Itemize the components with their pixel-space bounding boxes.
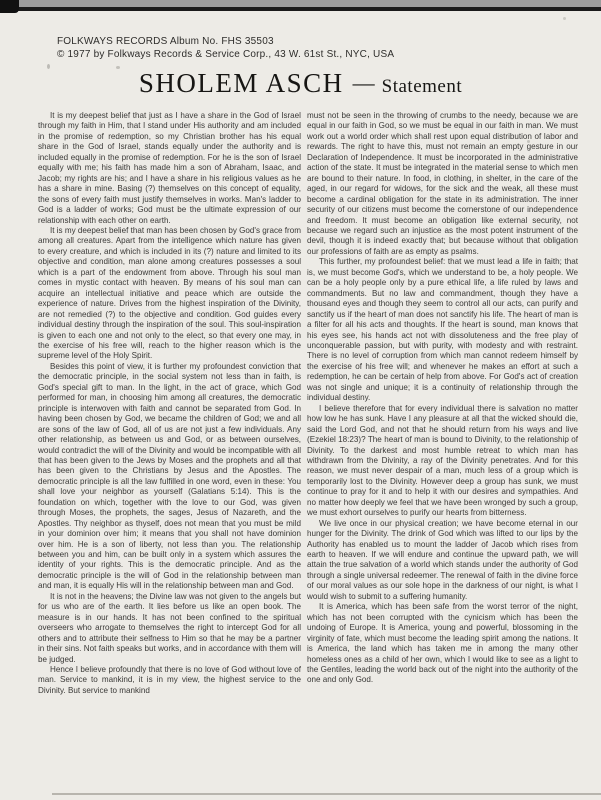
copyright-line: © 1977 by Folkways Records & Service Cor… xyxy=(57,48,394,61)
scan-corner-mark xyxy=(0,0,19,13)
page-title: SHOLEM ASCH—Statement xyxy=(0,68,601,99)
paragraph: It is not in the heavens; the Divine law… xyxy=(38,592,301,665)
paragraph: It is America, which has been safe from … xyxy=(307,602,578,686)
scan-bottom-edge-line xyxy=(52,793,601,795)
paragraph: We live once in our physical creation; w… xyxy=(307,519,578,603)
scan-speck xyxy=(563,17,566,20)
page-top-edge-shadow xyxy=(0,7,601,11)
paragraph: It is my deepest belief that man has bee… xyxy=(38,226,301,362)
title-dash: — xyxy=(353,70,375,95)
paragraph: I believe therefore that for every indiv… xyxy=(307,404,578,519)
paragraph: It is my deepest belief that just as I h… xyxy=(38,111,301,226)
scan-background-strip xyxy=(0,0,601,7)
album-number-line: FOLKWAYS RECORDS Album No. FHS 35503 xyxy=(57,35,394,48)
paragraph: This further, my profoundest belief: tha… xyxy=(307,257,578,403)
author-name: SHOLEM ASCH xyxy=(139,68,344,98)
record-label-header: FOLKWAYS RECORDS Album No. FHS 35503 © 1… xyxy=(57,35,394,61)
paragraph: Besides this point of view, it is furthe… xyxy=(38,362,301,592)
right-text-column: must not be seen in the throwing of crum… xyxy=(307,111,578,686)
title-subtitle: Statement xyxy=(382,76,462,97)
paragraph-continuation: must not be seen in the throwing of crum… xyxy=(307,111,578,257)
left-text-column: It is my deepest belief that just as I h… xyxy=(38,111,301,696)
paragraph: Hence I believe profoundly that there is… xyxy=(38,665,301,696)
